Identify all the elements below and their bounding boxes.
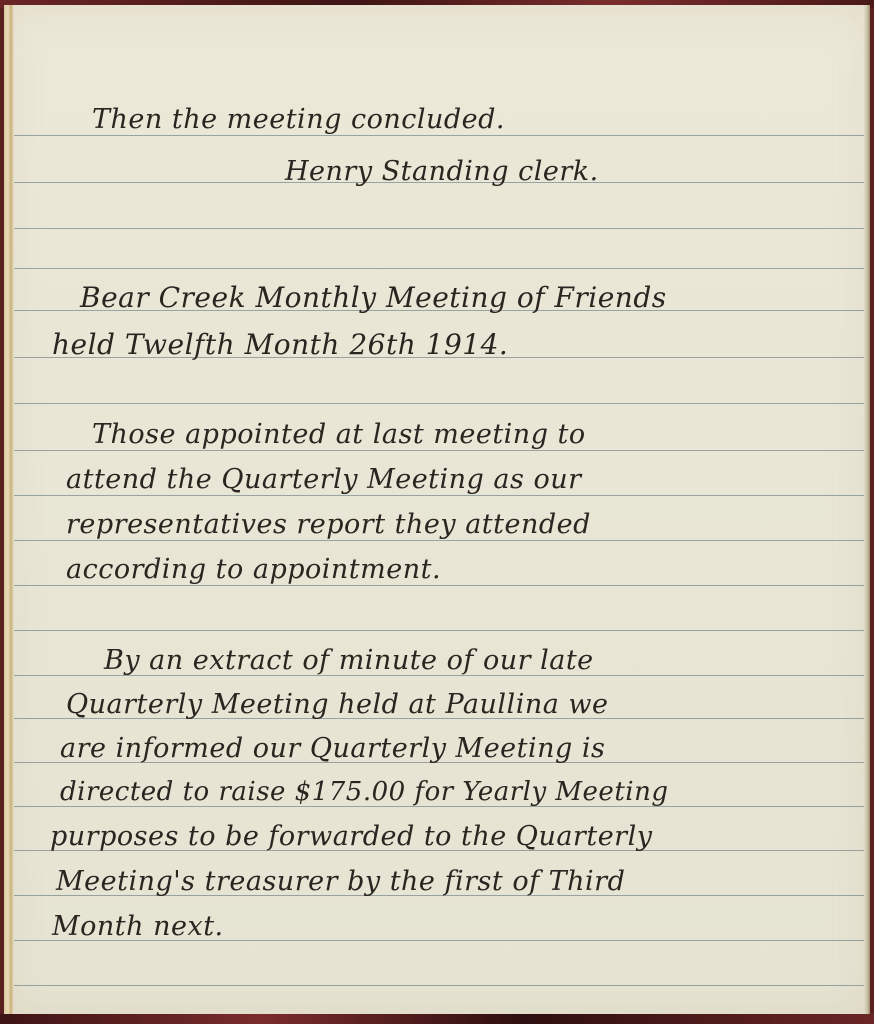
rule-line bbox=[14, 135, 864, 136]
rule-line bbox=[14, 985, 864, 986]
closing-line: Then the meeting concluded. bbox=[92, 104, 505, 135]
paragraph2-line: Quarterly Meeting held at Paullina we bbox=[66, 689, 608, 720]
paragraph2-line: are informed our Quarterly Meeting is bbox=[60, 733, 605, 764]
rule-line bbox=[14, 403, 864, 404]
paragraph1-line: according to appointment. bbox=[66, 554, 441, 585]
paragraph2-line: Meeting's treasurer by the first of Thir… bbox=[56, 866, 625, 897]
rule-line bbox=[14, 585, 864, 586]
page-edge-left bbox=[4, 5, 14, 1015]
clerk-signature: Henry Standing clerk. bbox=[285, 156, 599, 187]
paragraph1-line: attend the Quarterly Meeting as our bbox=[66, 464, 582, 495]
paragraph2-line: purposes to be forwarded to the Quarterl… bbox=[50, 821, 652, 852]
rule-line bbox=[14, 450, 864, 451]
book-binding-bottom bbox=[0, 1014, 874, 1024]
paragraph2-line: directed to raise $175.00 for Yearly Mee… bbox=[60, 777, 668, 807]
paragraph1-line: representatives report they attended bbox=[66, 509, 591, 540]
rule-line bbox=[14, 630, 864, 631]
paragraph2-line: Month next. bbox=[52, 911, 224, 942]
page-edge-right bbox=[864, 5, 870, 1015]
meeting-heading-line1: Bear Creek Monthly Meeting of Friends bbox=[80, 281, 667, 314]
paragraph1-line: Those appointed at last meeting to bbox=[92, 419, 586, 450]
rule-line bbox=[14, 540, 864, 541]
rule-line bbox=[14, 268, 864, 269]
meeting-heading-line2: held Twelfth Month 26th 1914. bbox=[52, 328, 508, 361]
paragraph2-line: By an extract of minute of our late bbox=[104, 645, 594, 676]
rule-line bbox=[14, 228, 864, 229]
rule-line bbox=[14, 495, 864, 496]
